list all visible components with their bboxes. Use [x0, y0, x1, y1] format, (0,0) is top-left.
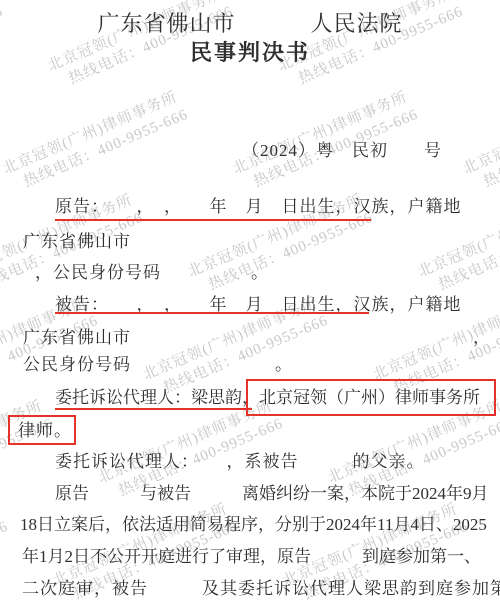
court-name: 广东省佛山市 人民法院: [0, 7, 500, 38]
body-line-plaintiff-address: 广东省佛山市: [23, 231, 131, 253]
annotation-box-lawfirm: [246, 379, 496, 416]
body-line-plaintiff-id: ，公民身份号码 。: [35, 262, 269, 284]
court-name-left: 广东省佛山市: [97, 7, 235, 38]
annotation-underline-agent: [55, 408, 252, 410]
court-name-right: 人民法院: [311, 7, 403, 38]
body-line-defendant-address: 广东省佛山市 ，: [23, 327, 491, 349]
body-line-filing: 18日立案后，依法适用简易程序，分别于2024年11月4日、2025: [20, 514, 487, 536]
body-line-hearing: 年1月2日不公开开庭进行了审理，原告 到庭参加第一、: [22, 546, 481, 568]
body-line-agent-father: 委托诉讼代理人： ，系被告 的父亲。: [55, 451, 425, 473]
judgment-content: 广东省佛山市 人民法院 民事判决书 （2024）粤 民初 号 原告： ， ， 年…: [0, 0, 500, 603]
judgment-page: 北京冠领(广州)律师事务所热线电话：400-9955-666北京冠领(广州)律师…: [0, 0, 500, 603]
annotation-underline-plaintiff: [55, 219, 371, 221]
annotation-underline-defendant: [55, 312, 369, 314]
body-line-plaintiff: 原告： ， ， 年 月 日出生，汉族，户籍地: [55, 196, 462, 218]
case-number: （2024）粤 民初 号: [242, 136, 442, 161]
document-title: 民事判决书: [0, 36, 500, 67]
body-line-hearing-2: 二次庭审，被告 及其委托诉讼代理人梁思韵到庭参加第: [22, 578, 500, 600]
annotation-box-lawyer: [8, 415, 76, 445]
body-line-case-intro: 原告 与被告 离婚纠纷一案，本院于2024年9月: [55, 483, 489, 505]
body-line-defendant-id: 公民身份号码 。: [23, 354, 293, 376]
